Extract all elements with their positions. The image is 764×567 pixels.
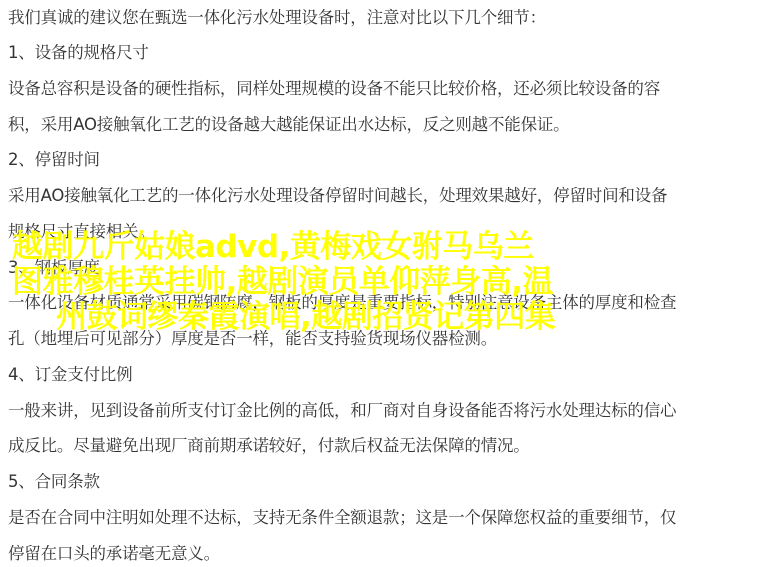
section-paragraph-line: 是否在合同中注明如处理不达标，支持无条件全额退款；这是一个保障您权益的重要细节，… [8, 500, 676, 536]
section-heading-size: 1、设备的规格尺寸 [8, 35, 149, 71]
section-paragraph-line: 积，采用AO接触氧化工艺的设备越大越能保证出水达标，反之则越不能保证。 [8, 107, 570, 143]
section-paragraph-line: 停留在口头的承诺毫无意义。 [8, 536, 220, 567]
section-paragraph-line: 设备总容积是设备的硬性指标，同样处理规模的设备不能只比较价格，还必须比较设备的容 [8, 71, 660, 107]
section-heading-contract: 5、合同条款 [8, 464, 100, 500]
section-heading-deposit: 4、订金支付比例 [8, 357, 132, 393]
section-heading-thickness: 3、钢板厚度 [8, 250, 100, 286]
section-paragraph-line: 采用AO接触氧化工艺的一体化污水处理设备停留时间越长，处理效果越好，停留时间和设… [8, 178, 667, 214]
section-paragraph-line: 规格尺寸直接相关。 [8, 214, 155, 250]
section-paragraph-line: 一体化设备材质通常采用碳钢防腐，钢板的厚度是重要指标，特别注意设备主体的厚度和检… [8, 285, 676, 321]
section-paragraph-line: 一般来讲，见到设备前所支付订金比例的高低，和厂商对自身设备能否将污水处理达标的信… [8, 393, 676, 429]
section-paragraph-line: 成反比。尽量避免出现厂商前期承诺较好，付款后权益无法保障的情况。 [8, 428, 530, 464]
section-paragraph-line: 孔（地埋后可见部分）厚度是否一样，能否支持验货现场仪器检测。 [8, 321, 497, 357]
section-heading-retention: 2、停留时间 [8, 142, 100, 178]
intro-paragraph: 我们真诚的建议您在甄选一体化污水处理设备时，注意对比以下几个细节： [8, 0, 546, 36]
